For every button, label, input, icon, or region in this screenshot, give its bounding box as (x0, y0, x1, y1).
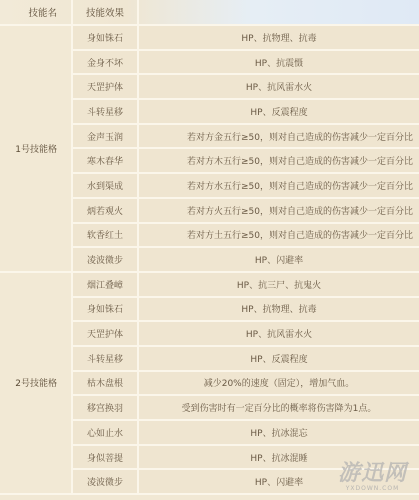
skill-name: 斗转星移 (72, 99, 138, 124)
skill-name: 身似菩提 (72, 445, 138, 470)
skill-name: 身如铢石 (72, 25, 138, 50)
watermark: 游迅网 YXDOWN.COM (338, 463, 407, 492)
skill-effect: 若对方水五行≥50，则对自己造成的伤害减少一定百分比 (138, 173, 419, 198)
skill-name: 天罡护体 (72, 74, 138, 99)
header-skill-name: 技能名 (0, 0, 72, 25)
skill-name: 心如止水 (72, 420, 138, 445)
skill-effect: 受到伤害时有一定百分比的概率将伤害降为1点。 (138, 395, 419, 420)
skill-effect: 若对方木五行≥50，则对自己造成的伤害减少一定百分比 (138, 148, 419, 173)
skill-name: 寒木春华 (72, 148, 138, 173)
skill-effect: HP、闪避率 (138, 247, 419, 272)
skill-name: 凌波微步 (72, 469, 138, 494)
header-row: 技能名 技能效果 (0, 0, 419, 25)
group-label-2: 2号技能格 (0, 272, 72, 494)
skill-effect: 若对方土五行≥50，则对自己造成的伤害减少一定百分比 (138, 223, 419, 248)
skill-effect: HP、抗风雷水火 (138, 321, 419, 346)
skill-effect: 若对方火五行≥50，则对自己造成的伤害减少一定百分比 (138, 198, 419, 223)
skill-name: 软香红土 (72, 223, 138, 248)
watermark-logo: 游迅网 (338, 463, 407, 485)
skill-effect: HP、反震程度 (138, 99, 419, 124)
skill-effect: HP、抗三尸、抗鬼火 (138, 272, 419, 297)
skill-name: 天罡护体 (72, 321, 138, 346)
skill-name: 斗转星移 (72, 346, 138, 371)
skill-effect: 减少20%的速度（固定），增加气血。 (138, 371, 419, 396)
watermark-url: YXDOWN.COM (338, 485, 407, 492)
skill-table: 技能名 技能效果 1号技能格 身如铢石 HP、抗物理、抗毒 金身不坏 HP、抗震… (0, 0, 419, 495)
skill-effect: HP、抗震慑 (138, 50, 419, 75)
skill-effect: 若对方金五行≥50，则对自己造成的伤害减少一定百分比 (138, 124, 419, 149)
skill-name: 烟江叠嶂 (72, 272, 138, 297)
skill-name: 金身不坏 (72, 50, 138, 75)
skill-effect: HP、反震程度 (138, 346, 419, 371)
skill-name: 金声玉润 (72, 124, 138, 149)
group-label-1: 1号技能格 (0, 25, 72, 272)
skill-name: 身如铢石 (72, 297, 138, 322)
table-row: 1号技能格 身如铢石 HP、抗物理、抗毒 (0, 25, 419, 50)
skill-effect: HP、抗风雷水火 (138, 74, 419, 99)
skill-effect: HP、抗物理、抗毒 (138, 25, 419, 50)
header-empty (138, 0, 419, 25)
header-skill-effect: 技能效果 (72, 0, 138, 25)
skill-name: 凌波微步 (72, 247, 138, 272)
skill-name: 炳若观火 (72, 198, 138, 223)
skill-name: 水到渠成 (72, 173, 138, 198)
skill-effect: HP、抗物理、抗毒 (138, 297, 419, 322)
skill-effect: HP、抗冰混忘 (138, 420, 419, 445)
table-row: 2号技能格 烟江叠嶂 HP、抗三尸、抗鬼火 (0, 272, 419, 297)
skill-name: 移宫换羽 (72, 395, 138, 420)
skill-name: 枯木盘根 (72, 371, 138, 396)
